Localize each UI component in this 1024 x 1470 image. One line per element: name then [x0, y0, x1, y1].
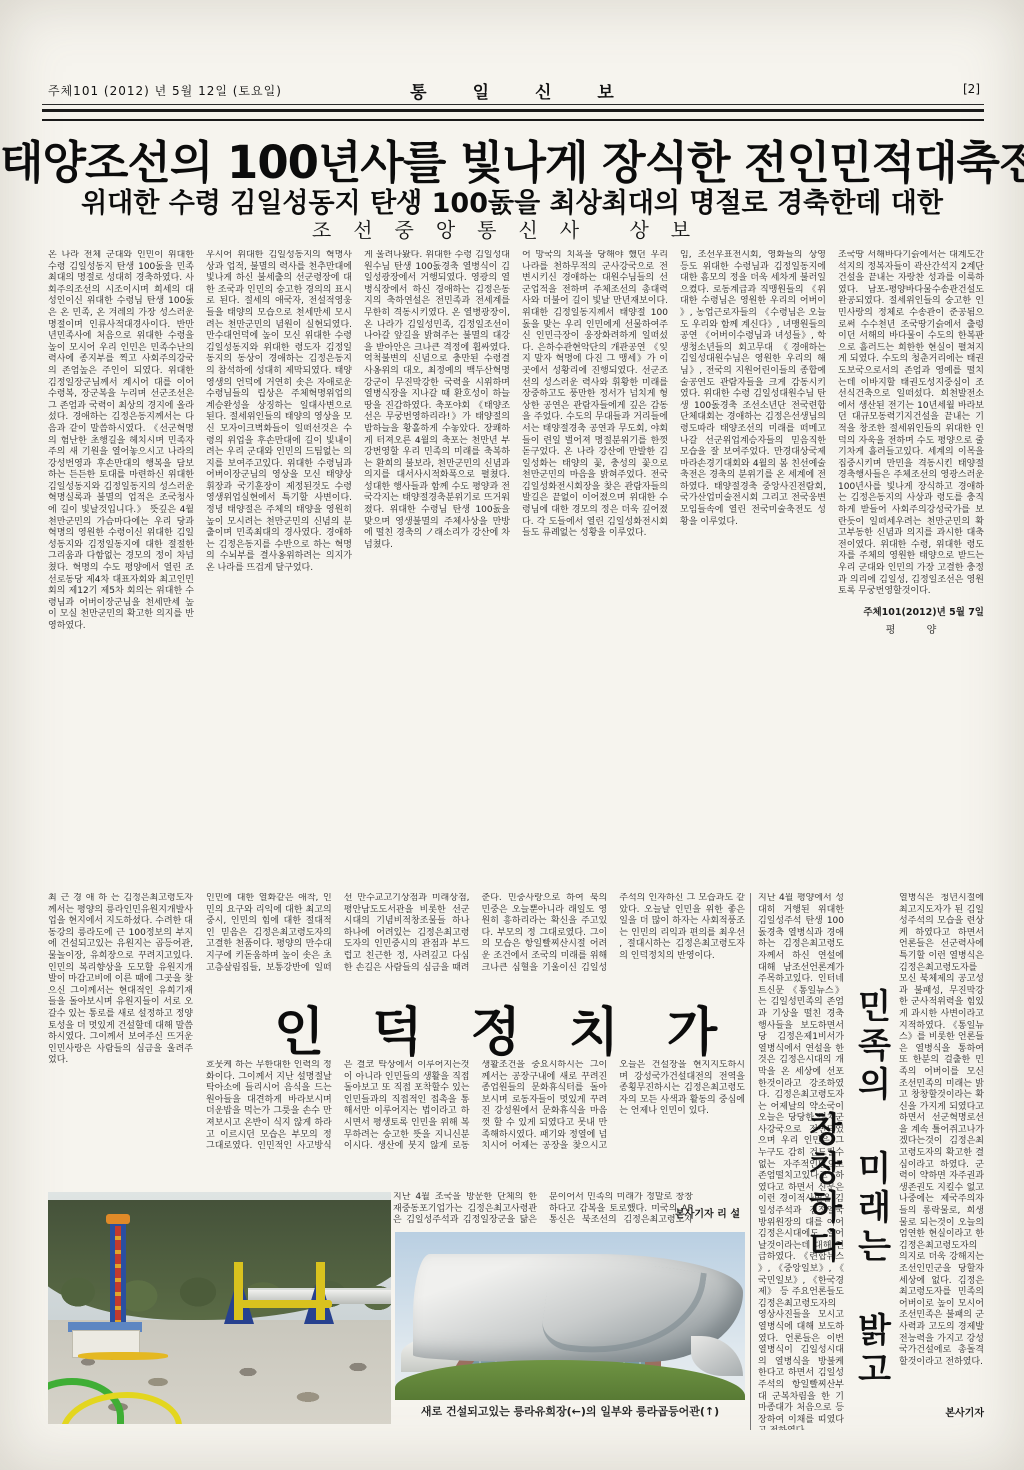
vertical-divider	[750, 893, 751, 1430]
header-rule-thin	[42, 104, 984, 105]
vertical-slogan: 민족의 미래는 밝고 창창하다	[848, 948, 896, 1430]
article2-byline: 본사기자 리 설	[620, 1205, 740, 1220]
photo1-yellow-fence	[78, 1352, 168, 1360]
article2-band-top: 인민에 대한 열화같은 애착, 인민의 요구와 리익에 대한 최고의 중시, 인…	[206, 893, 745, 987]
article2-headline: 인덕정치가	[226, 990, 745, 1052]
article1-dateline: 주체101(2012)년 5월 7일	[838, 604, 984, 618]
article1-column-3: 게 울려나왔다. 위대한 수령 김일성대원수님 탄생 100돐경축 열병식이 김…	[364, 250, 510, 882]
article1-column-2: 우시어 위대한 김일성동지의 혁명사상과 업적, 불멸의 력사를 천추만대에 빛…	[206, 250, 352, 882]
article1-column-5: 임, 조선우표전시회, 영화들의 상영 등도 위대한 수령님과 김정일동지에 대…	[680, 250, 826, 882]
kicker-kcna-report: 조선중앙통신사 상보	[0, 214, 1024, 243]
article1-column-6: 조국땅 서해바다기슭에서는 대계도간석지의 정복자들이 곽산간석지 2계단건설을…	[838, 250, 984, 882]
header-rule-thick	[42, 109, 984, 121]
photo1-drop-tower-cap	[106, 1214, 130, 1224]
article1-dateline-place: 평 양	[838, 621, 984, 636]
article3-column-b: 열병식은 청년시절에 최고지도자가 된 김일성주석의 모습을 련상케 하였다고 …	[899, 893, 984, 1393]
photo1-swing-post-left	[234, 1262, 243, 1320]
article2-band-bottom: 흐뭇케 하는 무한대한 인력의 정화이다. 그이께서 지난 설명절날 탁아소에 …	[206, 1060, 745, 1188]
photo-rungna-dolphinarium	[395, 1232, 745, 1400]
article2-column-left: 최 근 경 애 하 는 김정은최고령도자께서는 평양의 릉라인민유원지개발사업을…	[48, 893, 193, 1189]
photo-caption: 새로 건설되고있는 릉라유희장(←)의 일부와 릉라곱등어관(↑)	[395, 1403, 745, 1419]
photo-rungna-amusement-park	[48, 1192, 391, 1424]
masthead-title: 통일신보	[0, 78, 1024, 103]
photo1-swing-beam	[236, 1300, 332, 1308]
photo1-swing-post-right	[316, 1262, 325, 1320]
article1-column-4: 어 망국의 치욕을 당해야 했던 우리 나라를 천하무적의 군사강국으로 전변시…	[522, 250, 668, 882]
article1-column-6-text: 조국땅 서해바다기슭에서는 대계도간석지의 정복자들이 곽산간석지 2계단건설을…	[838, 250, 984, 598]
newspaper-page: 주체101 (2012) 년 5월 12일 (토요일) 통일신보 [2] 태양조…	[0, 0, 1024, 1470]
article1-column-1: 온 나라 전체 군대와 인민이 위대한 수령 김일성동지 탄생 100돐을 민족…	[48, 250, 194, 882]
page-number: [2]	[963, 82, 980, 96]
article3-byline: 본사기자	[899, 1404, 984, 1419]
article1-body: 온 나라 전체 군대와 인민이 위대한 수령 김일성동지 탄생 100돐을 민족…	[48, 250, 984, 882]
